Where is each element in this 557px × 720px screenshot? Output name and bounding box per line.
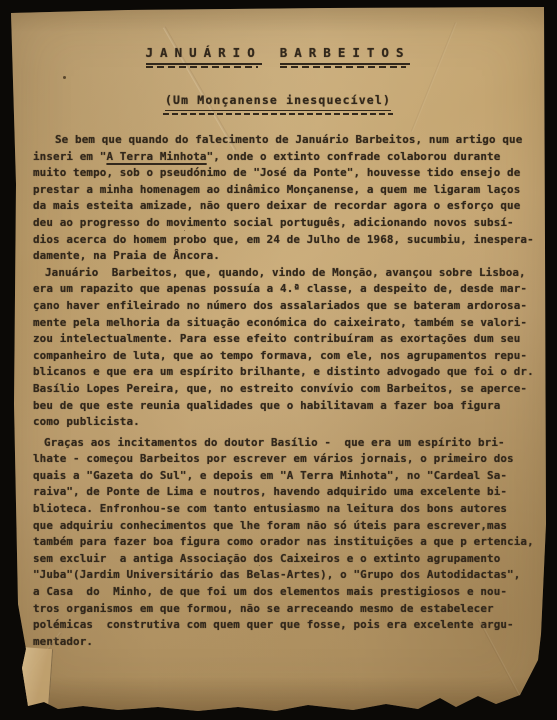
text-line: blioteca. Enfronhou-se com tanto entusia… <box>33 501 540 518</box>
document-body: Se bem que quando do falecimento de Janu… <box>8 132 548 650</box>
text-line: sem excluir a antiga Associação dos Caix… <box>33 551 540 568</box>
text-line: como publicista. <box>33 414 540 431</box>
text-line: dios acerca do homem probo que, em 24 de… <box>33 232 540 249</box>
text-line: Graças aos incitamentos do doutor Basíli… <box>33 435 540 452</box>
text-line: polémicas construtiva com quem quer que … <box>33 617 540 634</box>
title-word-second: BARBEITOS <box>280 46 411 65</box>
text-line: Se bem que quando do falecimento de Janu… <box>33 132 540 149</box>
underlined-text: A Terra Minhota <box>106 150 206 163</box>
text-line: mentador. <box>33 634 540 651</box>
document-title: JANUÁRIOBARBEITOS <box>8 46 548 65</box>
text-line: muito tempo, sob o pseudónimo de "José d… <box>33 165 540 182</box>
text-line: Januário Barbeitos, que, quando, vindo d… <box>33 265 540 282</box>
text-line: "Juba"(Jardim Universitário das Belas-Ar… <box>33 567 540 584</box>
text-line: lhate - começou Barbeitos por escrever e… <box>33 451 540 468</box>
torn-corner-flap <box>16 647 53 711</box>
text-line: blicanos e que era um espírito brilhante… <box>33 364 540 381</box>
subtitle-wrap: (Um Monçanense inesquecível) <box>8 89 548 111</box>
paragraph-1: Se bem que quando do falecimento de Janu… <box>33 132 540 265</box>
paper-specks <box>63 76 66 79</box>
text-line: era um rapazito que apenas possuía a 4.ª… <box>33 281 540 298</box>
text-line: companheiro de luta, que ao tempo formav… <box>33 348 540 365</box>
text-line: raiva", de Ponte de Lima e noutros, have… <box>33 484 540 501</box>
document-page: JANUÁRIOBARBEITOS (Um Monçanense inesque… <box>8 4 548 712</box>
photo-background: { "colors": { "paper": "#c6a876", "ink":… <box>0 0 557 720</box>
text-line: tros organismos em que formou, não se ar… <box>33 601 540 618</box>
text-line: deu ao progresso do movimento social por… <box>33 215 540 232</box>
text-line: quais a "Gazeta do Sul", e depois em "A … <box>33 468 540 485</box>
text-line: da mais esteita amizade, não quero deixa… <box>33 198 540 215</box>
paragraph-3: Graças aos incitamentos do doutor Basíli… <box>33 435 540 651</box>
text-line: mente pela melhoria da situação económic… <box>33 315 540 332</box>
paragraph-2: Januário Barbeitos, que, quando, vindo d… <box>33 265 540 431</box>
text-line: damente, na Praia de Âncora. <box>33 248 540 265</box>
text-line: çano haver enfileirado no número dos ass… <box>33 298 540 315</box>
text-line: zou intelectualmente. Para esse efeito c… <box>33 331 540 348</box>
text-line: também para fazer boa figura como orador… <box>33 534 540 551</box>
text-line: a Casa do Minho, de que foi um dos eleme… <box>33 584 540 601</box>
text-line: beu de que este reunia qualidades que o … <box>33 398 540 415</box>
title-word-first: JANUÁRIO <box>146 46 262 65</box>
title-block: JANUÁRIOBARBEITOS (Um Monçanense inesque… <box>8 46 548 111</box>
text-segment: ", onde o extinto confrade colaborou dur… <box>207 150 501 163</box>
text-segment: inseri em " <box>33 150 106 163</box>
text-line: que adquiriu conhecimentos que lhe foram… <box>33 518 540 535</box>
text-line: inseri em "A Terra Minhota", onde o exti… <box>33 149 540 166</box>
text-line: prestar a minha homenagem ao dinâmico Mo… <box>33 182 540 199</box>
document-subtitle: (Um Monçanense inesquecível) <box>165 93 391 111</box>
text-line: Basílio Lopes Pereira, que, no estreito … <box>33 381 540 398</box>
